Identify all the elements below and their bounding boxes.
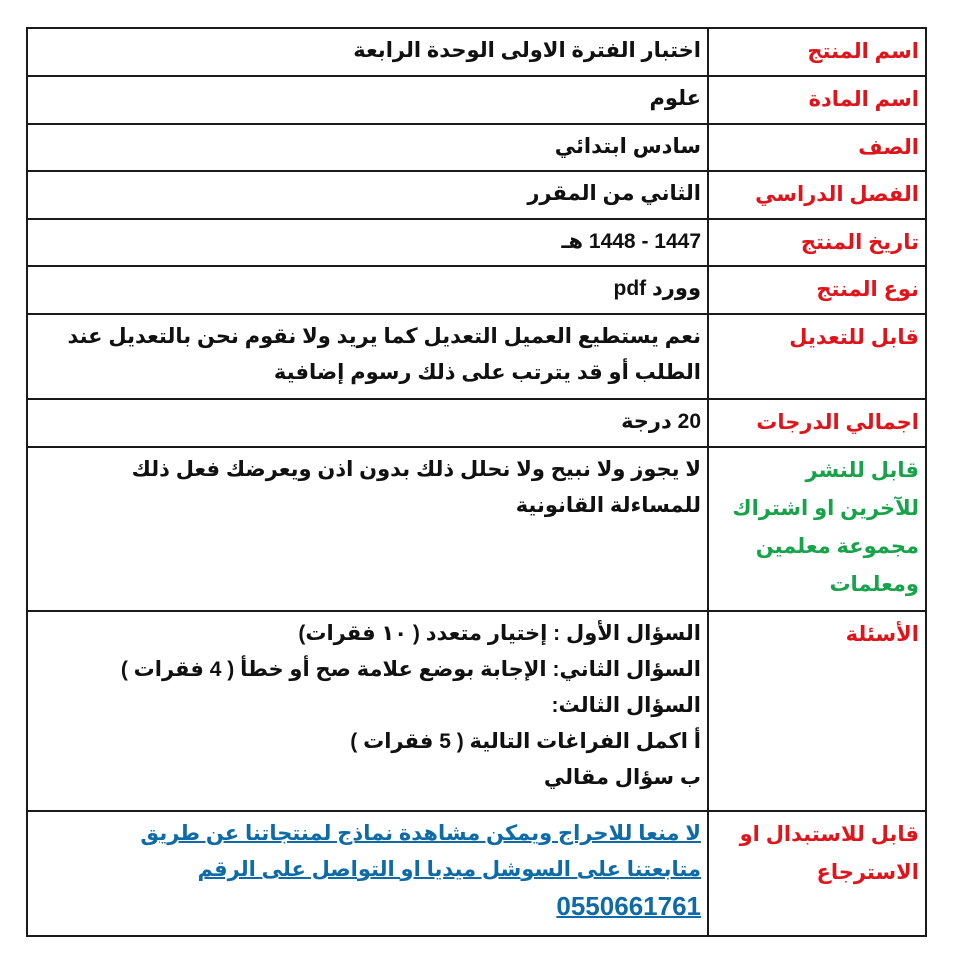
label-product-type: نوع المنتج	[708, 266, 926, 314]
row-semester: الفصل الدراسي الثاني من المقرر	[27, 171, 926, 219]
row-total-marks: اجمالي الدرجات 20 درجة	[27, 399, 926, 447]
row-publishing: قابل للنشر للآخرين او اشتراك مجموعة معلم…	[27, 447, 926, 611]
label-returns: قابل للاستبدال او الاسترجاع	[708, 811, 926, 936]
row-editable: قابل للتعديل نعم يستطيع العميل التعديل ك…	[27, 314, 926, 399]
label-total-marks: اجمالي الدرجات	[708, 399, 926, 447]
returns-label-line-1: قابل للاستبدال او	[715, 816, 919, 854]
value-total-marks: 20 درجة	[27, 399, 708, 447]
phone-number-link[interactable]: 0550661761	[34, 888, 701, 924]
publishing-label-line-1: قابل للنشر	[715, 452, 919, 490]
question-3b: ب سؤال مقالي	[34, 760, 701, 796]
value-subject: علوم	[27, 76, 708, 124]
product-spec-table: اسم المنتج اختبار الفترة الاولى الوحدة ا…	[26, 27, 927, 937]
publishing-line-2: للمساءلة القانونية	[34, 488, 701, 524]
value-publishing: لا يجوز ولا نبيح ولا نحلل ذلك بدون اذن و…	[27, 447, 708, 611]
label-product-date: تاريخ المنتج	[708, 219, 926, 266]
publishing-label-line-2: للآخرين او اشتراك	[715, 490, 919, 528]
value-product-type: وورد pdf	[27, 266, 708, 314]
label-editable: قابل للتعديل	[708, 314, 926, 399]
row-grade: الصف سادس ابتدائي	[27, 124, 926, 171]
value-grade: سادس ابتدائي	[27, 124, 708, 171]
value-product-date: 1447 - 1448 هـ	[27, 219, 708, 266]
returns-label-line-2: الاسترجاع	[715, 854, 919, 892]
returns-link-line-2[interactable]: متابعتنا على السوشل ميديا او التواصل على…	[34, 852, 701, 888]
label-questions: الأسئلة	[708, 611, 926, 811]
question-1: السؤال الأول : إختيار متعدد ( ١٠ فقرات)	[34, 616, 701, 652]
label-semester: الفصل الدراسي	[708, 171, 926, 219]
label-product-name: اسم المنتج	[708, 28, 926, 76]
row-product-type: نوع المنتج وورد pdf	[27, 266, 926, 314]
value-editable: نعم يستطيع العميل التعديل كما يريد ولا ن…	[27, 314, 708, 399]
row-product-name: اسم المنتج اختبار الفترة الاولى الوحدة ا…	[27, 28, 926, 76]
value-semester: الثاني من المقرر	[27, 171, 708, 219]
value-returns: لا منعا للاحراج ويمكن مشاهدة نماذج لمنتج…	[27, 811, 708, 936]
row-product-date: تاريخ المنتج 1447 - 1448 هـ	[27, 219, 926, 266]
row-questions: الأسئلة السؤال الأول : إختيار متعدد ( ١٠…	[27, 611, 926, 811]
row-subject: اسم المادة علوم	[27, 76, 926, 124]
publishing-label-line-4: ومعلمات	[715, 566, 919, 604]
label-grade: الصف	[708, 124, 926, 171]
row-returns: قابل للاستبدال او الاسترجاع لا منعا للاح…	[27, 811, 926, 936]
value-questions: السؤال الأول : إختيار متعدد ( ١٠ فقرات) …	[27, 611, 708, 811]
value-product-name: اختبار الفترة الاولى الوحدة الرابعة	[27, 28, 708, 76]
publishing-label-line-3: مجموعة معلمين	[715, 528, 919, 566]
question-3a: أ اكمل الفراغات التالية ( 5 فقرات )	[34, 724, 701, 760]
label-publishing: قابل للنشر للآخرين او اشتراك مجموعة معلم…	[708, 447, 926, 611]
question-2: السؤال الثاني: الإجابة بوضع علامة صح أو …	[34, 652, 701, 688]
question-3: السؤال الثالث:	[34, 688, 701, 724]
returns-link-line-1[interactable]: لا منعا للاحراج ويمكن مشاهدة نماذج لمنتج…	[34, 816, 701, 852]
label-subject: اسم المادة	[708, 76, 926, 124]
editable-line-1: نعم يستطيع العميل التعديل كما يريد ولا ن…	[34, 319, 701, 355]
editable-line-2: الطلب أو قد يترتب على ذلك رسوم إضافية	[34, 355, 701, 391]
publishing-line-1: لا يجوز ولا نبيح ولا نحلل ذلك بدون اذن و…	[34, 452, 701, 488]
